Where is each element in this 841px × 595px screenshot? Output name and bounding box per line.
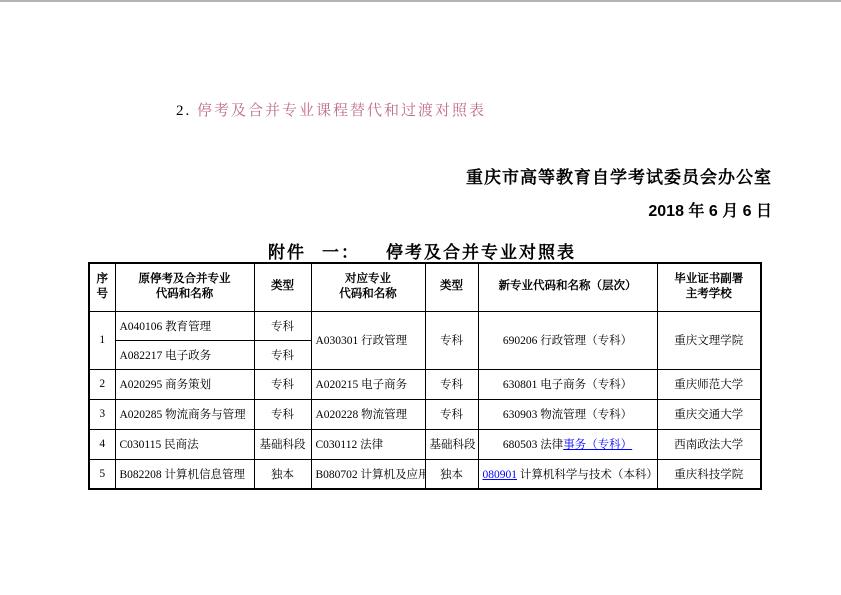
cell-corr-type: 专科	[425, 399, 478, 429]
cell-new-specialty: 630801 电子商务（专科）	[478, 369, 657, 399]
table-row: 3 A020285 物流商务与管理 专科 A020228 物流管理 专科 630…	[89, 399, 761, 429]
window-top-edge	[0, 0, 841, 2]
cell-corresponding-specialty: B080702 计算机及应用	[311, 459, 425, 489]
cell-school: 重庆文理学院	[657, 311, 761, 369]
cell-corr-type: 专科	[425, 311, 478, 369]
cell-old-type: 独本	[254, 459, 311, 489]
cell-old-specialty: A082217 电子政务	[115, 340, 254, 369]
new-specialty-link[interactable]: 事务（专科）	[563, 439, 632, 451]
cell-corresponding-specialty: A020228 物流管理	[311, 399, 425, 429]
table-row: 5 B082208 计算机信息管理 独本 B080702 计算机及应用 独本 0…	[89, 459, 761, 489]
cell-new-specialty: 080901 计算机科学与技术（本科）	[478, 459, 657, 489]
issuing-office: 重庆市高等教育自学考试委员会办公室	[466, 163, 772, 188]
cell-new-specialty: 630903 物流管理（专科）	[478, 399, 657, 429]
cell-old-type: 专科	[254, 340, 311, 369]
table-header-row: 序 号 原停考及合并专业 代码和名称 类型 对应专业 代码和名称 类型 新专业代…	[89, 263, 761, 311]
table-row: 4 C030115 民商法 基础科段 C030112 法律 基础科段 68050…	[89, 429, 761, 459]
cell-old-specialty: B082208 计算机信息管理	[115, 459, 254, 489]
cell-school: 重庆科技学院	[657, 459, 761, 489]
document-page: 2. 停考及合并专业课程替代和过渡对照表 重庆市高等教育自学考试委员会办公室 2…	[0, 0, 841, 595]
cell-old-type: 专科	[254, 369, 311, 399]
cell-corresponding-specialty: A030301 行政管理	[311, 311, 425, 369]
cell-old-type: 专科	[254, 311, 311, 340]
cell-old-specialty: A020295 商务策划	[115, 369, 254, 399]
heading-text: 停考及合并专业课程替代和过渡对照表	[197, 103, 486, 119]
cell-seq-no: 5	[89, 459, 115, 489]
cell-corr-type: 独本	[425, 459, 478, 489]
cell-old-specialty: A040106 教育管理	[115, 311, 254, 340]
table-title: 停考及合并专业对照表	[386, 238, 576, 263]
header-new-specialty: 新专业代码和名称（层次）	[478, 263, 657, 311]
cell-old-type: 专科	[254, 399, 311, 429]
cell-corresponding-specialty: A020215 电子商务	[311, 369, 425, 399]
new-specialty-link[interactable]: 080901	[483, 469, 518, 481]
new-specialty-text: 680503 法律	[503, 439, 563, 451]
table-row: 2 A020295 商务策划 专科 A020215 电子商务 专科 630801…	[89, 369, 761, 399]
table-row: 1 A040106 教育管理 专科 A030301 行政管理 专科 690206…	[89, 311, 761, 340]
attachment-number: 一：	[322, 238, 360, 263]
cell-corr-type: 专科	[425, 369, 478, 399]
cell-seq-no: 2	[89, 369, 115, 399]
cell-old-specialty: C030115 民商法	[115, 429, 254, 459]
header-school: 毕业证书副署 主考学校	[657, 263, 761, 311]
cell-seq-no: 3	[89, 399, 115, 429]
header-seq-no: 序 号	[89, 263, 115, 311]
cell-school: 重庆师范大学	[657, 369, 761, 399]
header-type-1: 类型	[254, 263, 311, 311]
cell-corr-type: 基础科段	[425, 429, 478, 459]
header-corresponding-specialty: 对应专业 代码和名称	[311, 263, 425, 311]
header-type-2: 类型	[425, 263, 478, 311]
new-specialty-text: 计算机科学与技术（本科）	[517, 469, 657, 481]
list-item-heading: 2. 停考及合并专业课程替代和过渡对照表	[176, 99, 486, 120]
specialty-mapping-table: 序 号 原停考及合并专业 代码和名称 类型 对应专业 代码和名称 类型 新专业代…	[88, 262, 762, 490]
attachment-title-line: 附件 一： 停考及合并专业对照表	[268, 238, 576, 263]
issue-date: 2018 年 6 月 6 日	[648, 198, 772, 221]
cell-old-type: 基础科段	[254, 429, 311, 459]
cell-seq-no: 1	[89, 311, 115, 369]
cell-new-specialty: 680503 法律事务（专科）	[478, 429, 657, 459]
cell-seq-no: 4	[89, 429, 115, 459]
cell-new-specialty: 690206 行政管理（专科）	[478, 311, 657, 369]
cell-school: 西南政法大学	[657, 429, 761, 459]
header-old-specialty: 原停考及合并专业 代码和名称	[115, 263, 254, 311]
cell-old-specialty: A020285 物流商务与管理	[115, 399, 254, 429]
cell-corresponding-specialty: C030112 法律	[311, 429, 425, 459]
cell-school: 重庆交通大学	[657, 399, 761, 429]
heading-number: 2.	[176, 103, 191, 119]
attachment-label: 附件	[268, 238, 306, 263]
